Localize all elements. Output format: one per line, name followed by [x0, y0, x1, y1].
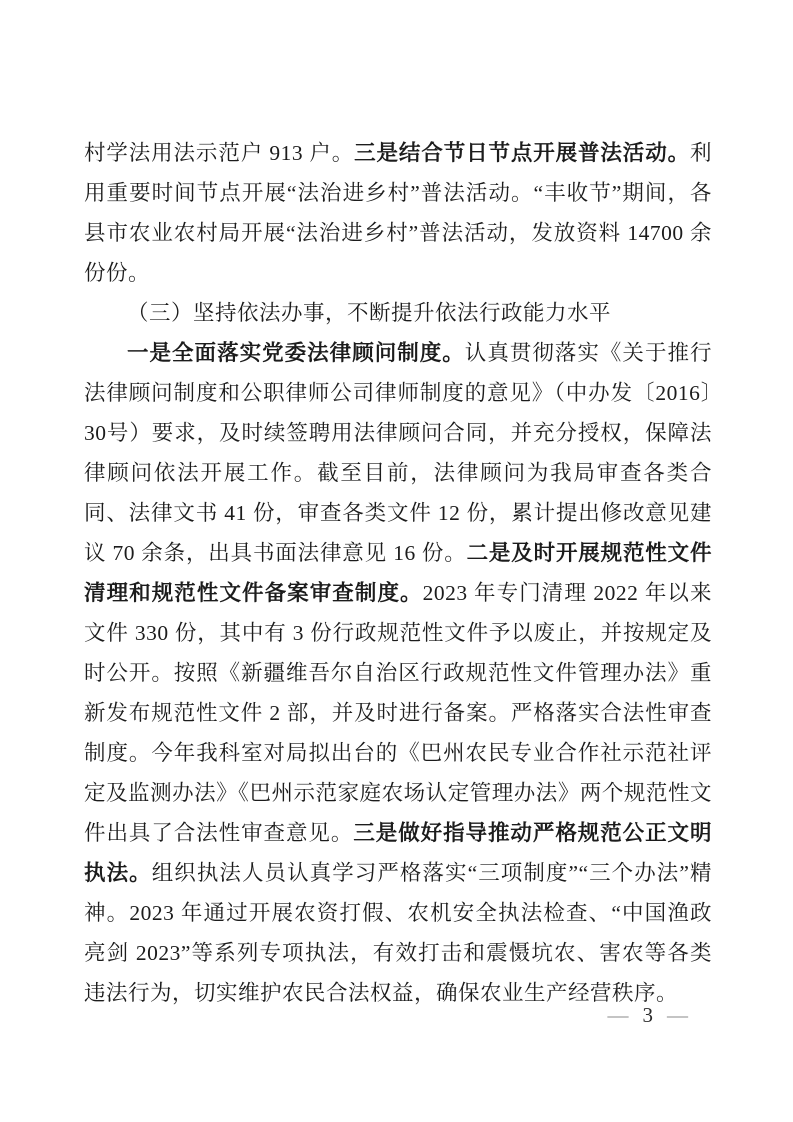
section-heading: （三）坚持依法办事，不断提升依法行政能力水平	[84, 293, 712, 333]
document-page: 村学法用法示范户 913 户。三是结合节日节点开展普法活动。利用重要时间节点开展…	[0, 0, 793, 1122]
body-text: 认真贯彻落实《关于推行法律顾问制度和公职律师公司律师制度的意见》（中办发〔201…	[84, 341, 712, 565]
document-body: 村学法用法示范户 913 户。三是结合节日节点开展普法活动。利用重要时间节点开展…	[84, 133, 712, 1013]
page-number: 3	[643, 1003, 654, 1027]
body-text: 组织执法人员认真学习严格落实“三项制度”“三个办法”精神。2023 年通过开展农…	[84, 861, 712, 1005]
emphasis-text: 一是全面落实党委法律顾问制度。	[127, 341, 465, 365]
emphasis-text: 三是结合节日节点开展普法活动。	[354, 141, 690, 165]
page-footer: —3—	[608, 1000, 689, 1030]
body-text: 村学法用法示范户 913 户。	[84, 141, 354, 165]
paragraph: 村学法用法示范户 913 户。三是结合节日节点开展普法活动。利用重要时间节点开展…	[84, 133, 712, 293]
paragraph: 一是全面落实党委法律顾问制度。认真贯彻落实《关于推行法律顾问制度和公职律师公司律…	[84, 333, 712, 1013]
footer-right-dash: —	[667, 1003, 688, 1027]
body-text: 2023 年专门清理 2022 年以来文件 330 份，其中有 3 份行政规范性…	[84, 581, 712, 845]
footer-left-dash: —	[608, 1003, 629, 1027]
body-text: （三）坚持依法办事，不断提升依法行政能力水平	[127, 301, 611, 325]
